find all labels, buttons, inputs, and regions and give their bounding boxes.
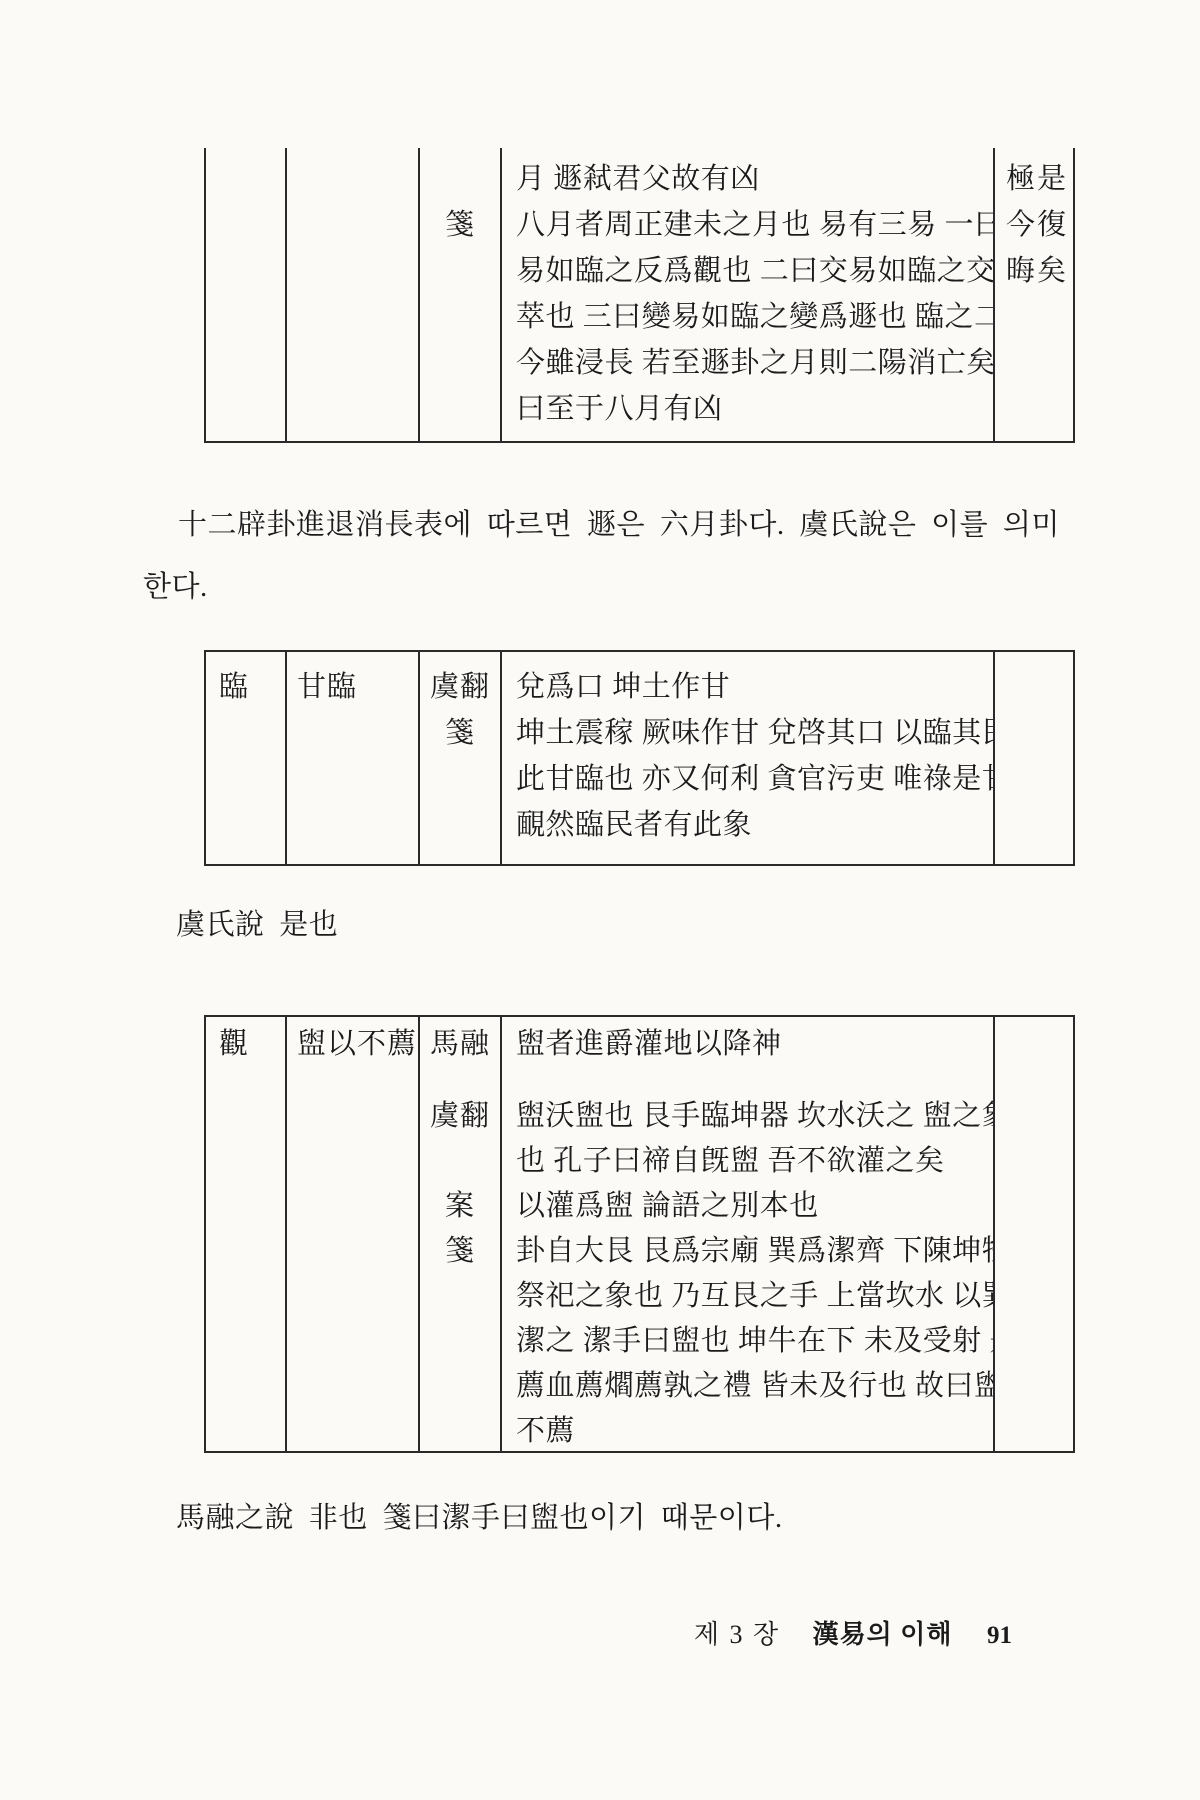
commentary-table-lin: 臨 甘臨 虞翻 箋 兌爲口 坤土作甘 坤土震稼 厥味作甘 兌啓其口 以臨其民 此…	[204, 650, 1075, 866]
page-footer: 제 3 장 漢易의 이해 91	[400, 1614, 1012, 1651]
row-gap	[420, 1067, 500, 1094]
body-paragraph: 虞氏說 是也	[176, 905, 338, 945]
commentary-line: 盥者進爵灌地以降神	[502, 1022, 993, 1067]
hexagram-cell: 臨	[206, 652, 287, 864]
passage-text: 盥以不薦	[287, 1022, 418, 1067]
commentator-label	[420, 1409, 500, 1451]
commentary-line: 薦血薦爓薦孰之禮 皆未及行也 故曰盥而	[502, 1364, 993, 1409]
commentator-label: 虞翻	[420, 1094, 500, 1139]
commentary-line: 萃也 三曰變易如臨之變爲遯也 臨之二陽	[502, 294, 993, 340]
side-note-column: 極是 今復 晦矣	[995, 148, 1073, 441]
passage-text	[287, 156, 418, 202]
commentator-label: 箋	[420, 202, 500, 248]
commentator-label: 箋	[420, 1229, 500, 1274]
side-note-column	[995, 1017, 1073, 1451]
side-note-line: 晦矣	[995, 248, 1073, 294]
passage-cell	[287, 148, 420, 441]
commentator-label: 虞翻	[420, 664, 500, 710]
commentary-column: 兌爲口 坤土作甘 坤土震稼 厥味作甘 兌啓其口 以臨其民 此甘臨也 亦又何利 貪…	[502, 652, 995, 864]
side-note-line: 今復	[995, 202, 1073, 248]
commentator-label	[420, 802, 500, 848]
paragraph-line: 十二辟卦進退消長表에 따르면 遯은 六月卦다. 虞氏說은 이를 의미	[143, 494, 1043, 556]
commentary-line: 盥沃盥也 艮手臨坤器 坎水沃之 盥之象	[502, 1094, 993, 1139]
hexagram-name	[206, 156, 285, 202]
side-note-column	[995, 652, 1073, 864]
commentary-line: 坤土震稼 厥味作甘 兌啓其口 以臨其民	[502, 710, 993, 756]
commentator-label	[420, 756, 500, 802]
commentary-line: 潔之 潔手曰盥也 坤牛在下 未及受射 是	[502, 1319, 993, 1364]
commentary-line: 以灌爲盥 論語之別本也	[502, 1184, 993, 1229]
body-paragraph: 十二辟卦進退消長表에 따르면 遯은 六月卦다. 虞氏說은 이를 의미 한다.	[143, 494, 1043, 618]
commentary-line: 祭祀之象也 乃互艮之手 上當坎水 以巽	[502, 1274, 993, 1319]
commentator-column: 馬融 虞翻 案 箋	[420, 1017, 502, 1451]
commentary-column: 盥者進爵灌地以降神 盥沃盥也 艮手臨坤器 坎水沃之 盥之象 也 孔子曰禘自旣盥 …	[502, 1017, 995, 1451]
commentary-line: 曰至于八月有凶	[502, 386, 993, 432]
hexagram-cell: 觀	[206, 1017, 287, 1451]
chapter-label: 제 3 장	[694, 1620, 780, 1649]
row-gap	[502, 1067, 993, 1094]
commentary-table-guan: 觀 盥以不薦 馬融 虞翻 案 箋 盥者進爵灌地以降神 盥沃盥也 艮手臨坤器 坎水…	[204, 1015, 1075, 1453]
commentator-label	[420, 1364, 500, 1409]
commentator-label	[420, 1139, 500, 1184]
commentary-table-tun-continued: 箋 月 遯弒君父故有凶 八月者周正建未之月也 易有三易 一曰反 易如臨之反爲觀也…	[204, 148, 1075, 443]
commentator-label: 案	[420, 1184, 500, 1229]
commentator-label: 箋	[420, 710, 500, 756]
commentator-label	[420, 294, 500, 340]
commentary-line: 卦自大艮 艮爲宗廟 巽爲潔齊 下陳坤牲	[502, 1229, 993, 1274]
commentary-line: 易如臨之反爲觀也 二曰交易如臨之交爲	[502, 248, 993, 294]
chapter-title: 漢易의 이해	[813, 1620, 953, 1649]
commentator-label	[420, 1274, 500, 1319]
commentator-column: 虞翻 箋	[420, 652, 502, 864]
commentator-label	[420, 386, 500, 432]
passage-cell: 甘臨	[287, 652, 420, 864]
scanned-book-page: 箋 月 遯弒君父故有凶 八月者周正建未之月也 易有三易 一曰反 易如臨之反爲觀也…	[0, 0, 1200, 1800]
commentator-label	[420, 1319, 500, 1364]
commentator-label	[420, 156, 500, 202]
passage-cell: 盥以不薦	[287, 1017, 420, 1451]
side-note-line: 極是	[995, 156, 1073, 202]
page-number: 91	[987, 1622, 1012, 1649]
hexagram-cell	[206, 148, 287, 441]
commentator-column: 箋	[420, 148, 502, 441]
commentary-column: 月 遯弒君父故有凶 八月者周正建未之月也 易有三易 一曰反 易如臨之反爲觀也 二…	[502, 148, 995, 441]
hexagram-name: 臨	[206, 664, 285, 710]
commentary-line: 月 遯弒君父故有凶	[502, 156, 993, 202]
commentator-label	[420, 340, 500, 386]
commentary-line: 此甘臨也 亦又何利 貪官污吏 唯祿是甘	[502, 756, 993, 802]
commentator-label: 馬融	[420, 1022, 500, 1067]
commentary-line: 今雖浸長 若至遯卦之月則二陽消亡矣 故	[502, 340, 993, 386]
commentary-line: 靦然臨民者有此象	[502, 802, 993, 848]
commentary-line: 八月者周正建未之月也 易有三易 一曰反	[502, 202, 993, 248]
body-paragraph: 馬融之說 非也 箋曰潔手曰盥也이기 때문이다.	[176, 1498, 783, 1538]
commentator-label	[420, 248, 500, 294]
passage-text: 甘臨	[287, 664, 418, 710]
commentary-line: 不薦	[502, 1409, 993, 1451]
paragraph-line: 한다.	[143, 556, 1043, 618]
hexagram-name: 觀	[206, 1022, 285, 1067]
commentary-line: 兌爲口 坤土作甘	[502, 664, 993, 710]
commentary-line: 也 孔子曰禘自旣盥 吾不欲灌之矣	[502, 1139, 993, 1184]
